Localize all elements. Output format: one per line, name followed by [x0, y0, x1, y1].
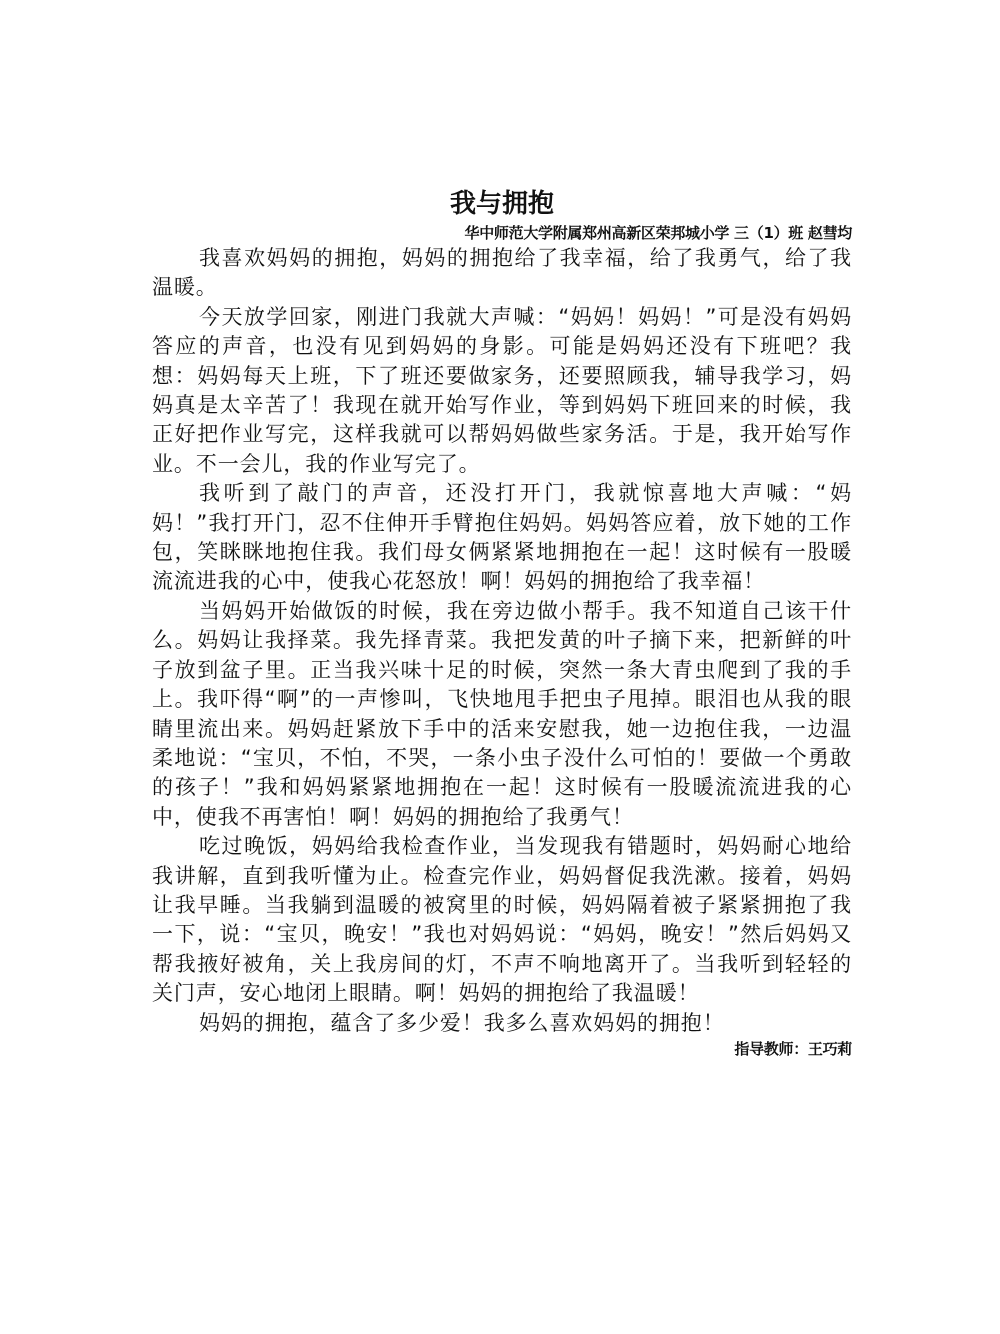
- paragraph-3: 我听到了敲门的声音，还没打开门，我就惊喜地大声喊：“妈妈！”我打开门，忍不住伸开…: [152, 479, 852, 597]
- teacher-credit: 指导教师：王巧莉: [152, 1038, 852, 1060]
- author-byline: 华中师范大学附属郑州高新区荣邦城小学 三（1）班 赵彗均: [152, 222, 852, 244]
- essay-page: 我与拥抱 华中师范大学附属郑州高新区荣邦城小学 三（1）班 赵彗均 我喜欢妈妈的…: [152, 186, 852, 1060]
- paragraph-1: 我喜欢妈妈的拥抱，妈妈的拥抱给了我幸福，给了我勇气，给了我温暖。: [152, 244, 852, 303]
- paragraph-5: 吃过晚饭，妈妈给我检查作业，当发现我有错题时，妈妈耐心地给我讲解，直到我听懂为止…: [152, 832, 852, 1008]
- essay-title: 我与拥抱: [152, 186, 852, 222]
- paragraph-6: 妈妈的拥抱，蕴含了多少爱！我多么喜欢妈妈的拥抱！: [152, 1009, 852, 1038]
- paragraph-2: 今天放学回家，刚进门我就大声喊：“妈妈！妈妈！”可是没有妈妈答应的声音，也没有见…: [152, 303, 852, 479]
- paragraph-4: 当妈妈开始做饭的时候，我在旁边做小帮手。我不知道自己该干什么。妈妈让我择菜。我先…: [152, 597, 852, 832]
